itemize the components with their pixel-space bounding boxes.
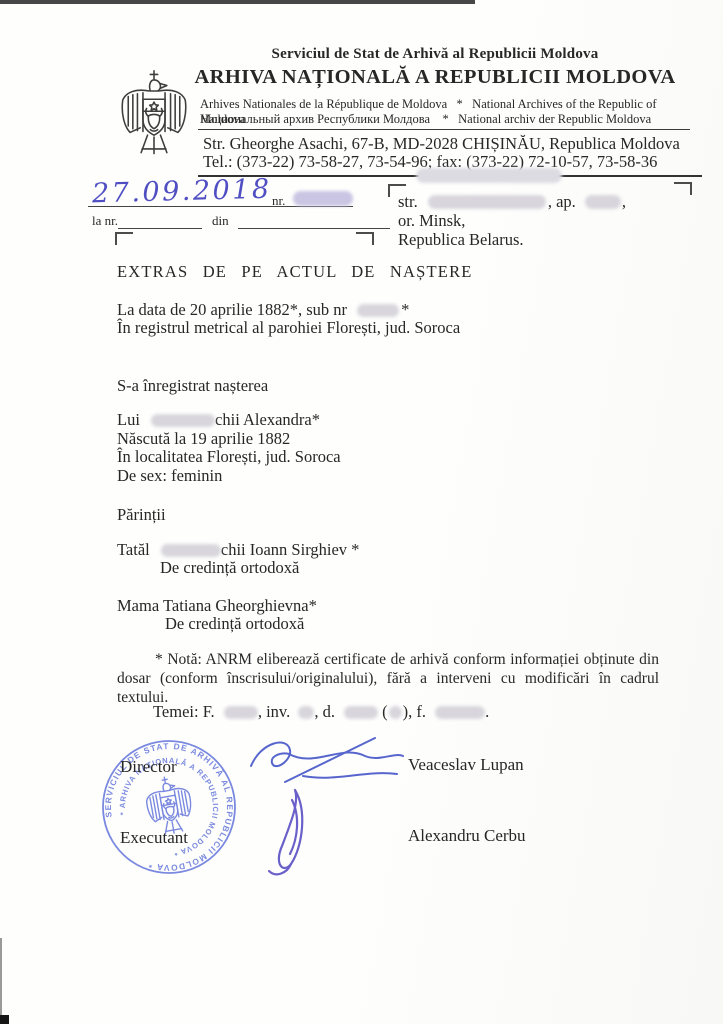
- header-divider: [198, 129, 690, 130]
- org-address: Str. Gheorghe Asachi, 67-B, MD-2028 CHIȘ…: [203, 134, 680, 154]
- document-title: EXTRAS DE PE ACTUL DE NAȘTERE: [117, 262, 473, 282]
- redaction-folio: [435, 706, 485, 719]
- temei-period: .: [485, 702, 489, 721]
- redaction-dossier2: [389, 706, 402, 719]
- temei-f: ), f.: [403, 702, 426, 721]
- ap-label: , ap.: [548, 192, 576, 211]
- recipient-country: Republica Belarus.: [398, 230, 524, 250]
- din-underline: [238, 228, 390, 229]
- archive-note: * Notă: ANRM eliberează certificate de a…: [117, 650, 659, 707]
- corner-bracket-right: [674, 182, 692, 195]
- director-name: Veaceslav Lupan: [408, 755, 524, 775]
- scan-edge-artifact: [0, 938, 2, 1024]
- la-nr-label: la nr.: [92, 213, 118, 229]
- date-underline: [88, 206, 353, 207]
- org-main-title: ARHIVA NAȚIONALĂ A REPUBLICII MOLDOVA: [170, 66, 700, 89]
- mother-line: Mama Tatiana Gheorghievna*: [117, 596, 317, 616]
- lui-label: Lui: [117, 410, 140, 429]
- official-round-stamp: SERVICIUL DE STAT DE ARHIVĂ AL REPUBLICI…: [87, 725, 252, 890]
- child-name-line: Lui chii Alexandra*: [117, 410, 320, 430]
- record-date-text: La data de 20 aprilie 1882*, sub nr: [117, 300, 347, 319]
- redaction-street: [428, 195, 546, 209]
- temei-label: Temei: F.: [153, 702, 215, 721]
- temei-inv: , inv.: [258, 702, 290, 721]
- father-name-text: chii Ioann Sirghiev *: [221, 540, 360, 559]
- asterisk: *: [401, 300, 409, 319]
- scanned-document-page: Serviciul de Stat de Arhivă al Republici…: [0, 0, 723, 1024]
- redaction-fond: [224, 706, 258, 719]
- redaction-father-surname: [161, 544, 221, 557]
- executant-label: Executant: [120, 828, 188, 848]
- redaction-recipient-name: [416, 168, 562, 183]
- recipient-street-line: str. , ap. ,: [398, 192, 626, 212]
- redaction-record-number: [357, 304, 399, 317]
- redaction-dossier: [344, 706, 378, 719]
- din-label: din: [212, 213, 229, 229]
- registered-birth-line: S-a înregistrat nașterea: [117, 376, 268, 396]
- birth-place-line: În localitatea Florești, jud. Soroca: [117, 447, 341, 467]
- redaction-inventory: [298, 706, 314, 719]
- child-name-text: chii Alexandra*: [215, 410, 320, 429]
- recipient-city: or. Minsk,: [398, 211, 465, 231]
- executant-signature: [262, 786, 320, 878]
- record-date-line: La data de 20 aprilie 1882*, sub nr *: [117, 300, 409, 320]
- father-religion-line: De credință ortodoxă: [160, 558, 299, 578]
- corner-bracket-left: [115, 232, 133, 245]
- street-label: str.: [398, 192, 418, 211]
- father-label: Tatăl: [117, 540, 150, 559]
- director-label: Director: [120, 757, 177, 777]
- registry-line: În registrul metrical al parohiei Floreș…: [117, 318, 460, 338]
- scan-edge-artifact: [0, 0, 475, 4]
- comma: ,: [622, 192, 626, 211]
- nr-label: nr.: [272, 193, 285, 209]
- handwritten-issue-date: 27.09.2018: [92, 174, 272, 210]
- org-superior-title: Serviciul de Stat de Arhivă al Republici…: [170, 46, 700, 63]
- temei-d: , d.: [314, 702, 335, 721]
- father-line: Tatăl chii Ioann Sirghiev *: [117, 540, 359, 560]
- temei-paren: (: [382, 702, 388, 721]
- executant-name: Alexandru Cerbu: [408, 826, 526, 846]
- mother-religion-line: De credință ortodoxă: [165, 614, 304, 634]
- birth-date-line: Născută la 19 aprilie 1882: [117, 429, 290, 449]
- redaction-surname: [151, 414, 215, 427]
- scan-corner-artifact: [0, 1015, 9, 1024]
- corner-bracket-right: [356, 232, 374, 245]
- redaction-doc-number: [293, 191, 353, 206]
- legal-basis-line: Temei: F. , inv. , d. (), f. .: [153, 702, 489, 722]
- parents-heading: Părinții: [117, 505, 166, 525]
- la-nr-underline: [118, 228, 202, 229]
- org-title-ru-de: Национальный архив Республики Молдова * …: [200, 112, 696, 127]
- sex-line: De sex: feminin: [117, 466, 222, 486]
- redaction-apartment: [585, 195, 621, 209]
